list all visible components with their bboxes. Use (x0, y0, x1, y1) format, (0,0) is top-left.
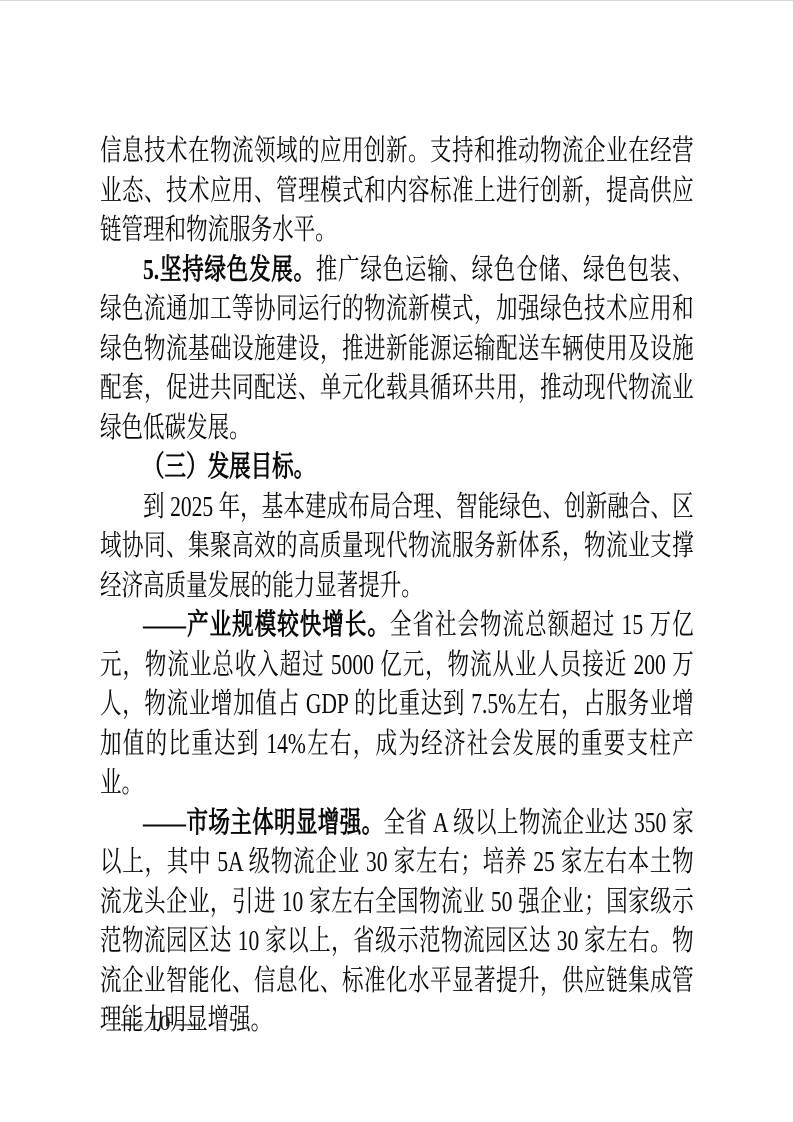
text-run: 到 2025 年，基本建成布局合理、智能绿色、创新融合、区域协同、集聚高效的高质… (100, 491, 694, 602)
document-page: 信息技术在物流领域的应用创新。支持和推动物流企业在经营业态、技术应用、管理模式和… (0, 0, 793, 1122)
bold-text-run: ——产业规模较快增长。 (143, 609, 390, 641)
para-green-development: 5.坚持绿色发展。推广绿色运输、绿色仓储、绿色包装、绿色流通加工等协同运行的物流… (100, 251, 694, 449)
heading-development-goals: （三）发展目标。 (100, 448, 694, 488)
para-market-entities-strengthen: ——市场主体明显增强。全省 A 级以上物流企业达 350 家以上，其中 5A 级… (100, 804, 694, 1041)
para-2025-overview: 到 2025 年，基本建成布局合理、智能绿色、创新融合、区域协同、集聚高效的高质… (100, 488, 694, 607)
bold-text-run: 5.坚持绿色发展。 (143, 254, 316, 286)
page-number: — 10 — (121, 1009, 198, 1037)
text-run: 信息技术在物流领域的应用创新。支持和推动物流企业在经营业态、技术应用、管理模式和… (100, 135, 694, 246)
bold-text-run: ——市场主体明显增强。 (143, 807, 383, 839)
para-industry-scale-growth: ——产业规模较快增长。全省社会物流总额超过 15 万亿元，物流业总收入超过 50… (100, 606, 694, 804)
document-body: 信息技术在物流领域的应用创新。支持和推动物流企业在经营业态、技术应用、管理模式和… (100, 132, 694, 1041)
para-innovation-continuation: 信息技术在物流领域的应用创新。支持和推动物流企业在经营业态、技术应用、管理模式和… (100, 132, 694, 251)
text-run: 全省 A 级以上物流企业达 350 家以上，其中 5A 级物流企业 30 家左右… (100, 807, 694, 1037)
bold-text-run: （三）发展目标。 (143, 451, 315, 483)
